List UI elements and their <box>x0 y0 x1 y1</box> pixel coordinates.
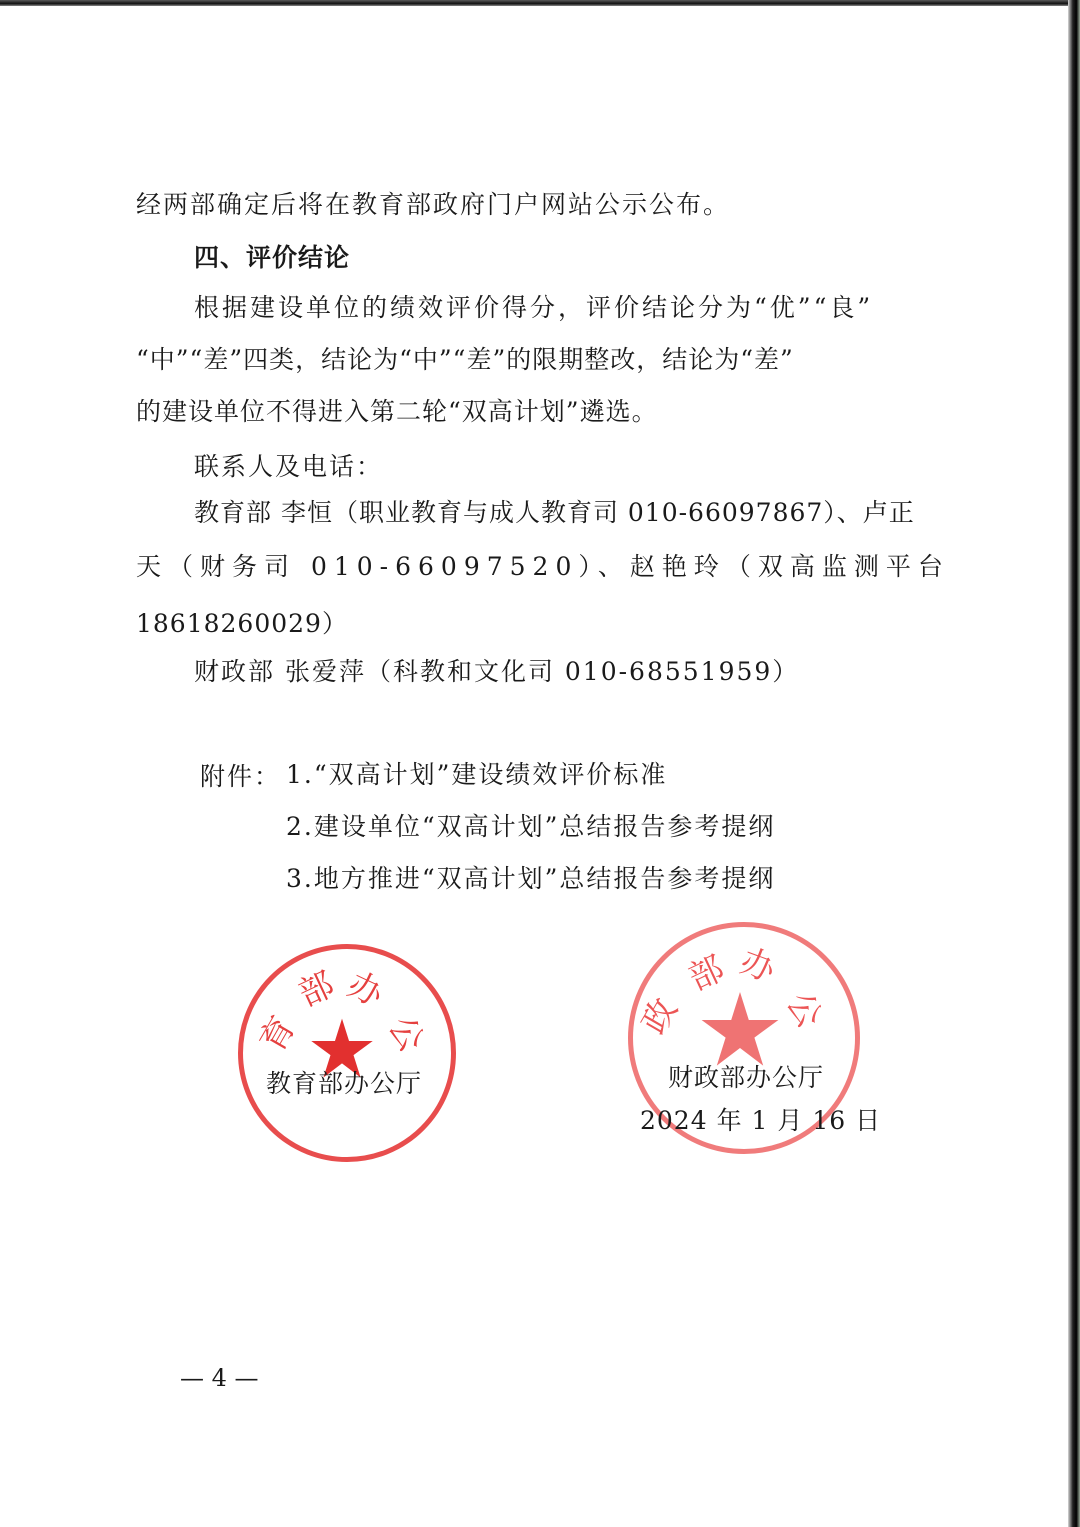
attachment-item: 2.建设单位“双高计划”总结报告参考提纲 <box>286 812 775 842</box>
scan-top-edge <box>0 0 1068 6</box>
contact-line: 18618260029） <box>136 609 348 639</box>
red-star-icon <box>700 992 780 1068</box>
contact-line: 财政部 张爱萍（科教和文化司 010-68551959） <box>194 657 799 687</box>
seal-signature: 财政部办公厅 <box>668 1058 824 1094</box>
attachment-item: 1.“双高计划”建设绩效评价标准 <box>286 760 667 790</box>
paragraph-line: 根据建设单位的绩效评价得分，评价结论分为“优”“良” <box>194 293 873 323</box>
contact-heading: 联系人及电话： <box>194 452 383 482</box>
issue-date: 2024 年 1 月 16 日 <box>640 1106 881 1136</box>
scan-right-edge <box>1068 0 1080 1527</box>
attachment-item: 3.地方推进“双高计划”总结报告参考提纲 <box>286 864 775 894</box>
seal-signature: 教育部办公厅 <box>266 1064 422 1100</box>
section-heading: 四、评价结论 <box>194 243 350 273</box>
page-number: — 4 — <box>180 1364 259 1392</box>
paragraph-line: 的建设单位不得进入第二轮“双高计划”遴选。 <box>136 397 658 427</box>
paragraph-line: 经两部确定后将在教育部政府门户网站公示公布。 <box>136 190 730 220</box>
paragraph-line: “中”“差”四类，结论为“中”“差”的限期整改，结论为“差” <box>136 345 794 375</box>
attachments-label: 附件： <box>200 762 281 792</box>
contact-line: 天（财务司 010-66097520）、赵艳玲（双高监测平台 <box>136 552 950 582</box>
contact-line: 教育部 李恒（职业教育与成人教育司 010-66097867）、卢正 <box>194 498 915 528</box>
